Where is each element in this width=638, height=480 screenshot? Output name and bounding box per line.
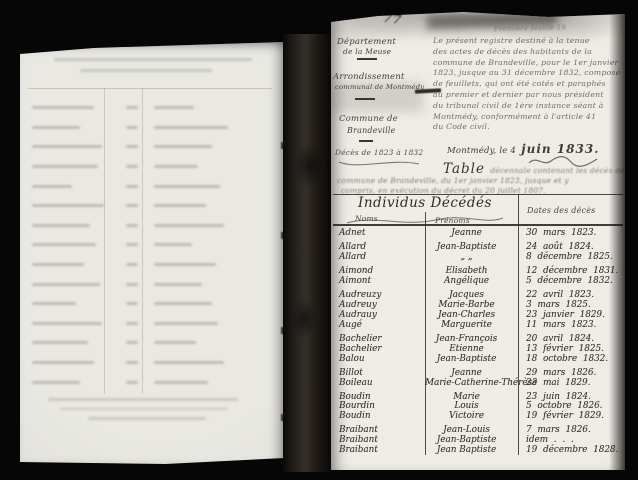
ghost-text-row [28, 98, 278, 118]
cell-prenom: Jean-Louis [425, 425, 518, 435]
ghost-text-stroke [154, 381, 208, 384]
ghost-text-stroke [32, 361, 94, 364]
departement-label: Département [337, 37, 396, 47]
cell-date: 11 mars 1823. [518, 320, 623, 330]
ghost-text-stroke [154, 126, 228, 129]
cell-nom: Bourdin [333, 401, 425, 411]
ghost-text-stroke [126, 145, 138, 148]
cell-nom: Boileau [333, 378, 425, 388]
ghost-text-row [28, 216, 278, 236]
table-note-rest: décennale contenant les décès de la [490, 166, 634, 175]
underline-flourish [337, 158, 421, 170]
ghost-text-stroke [154, 224, 224, 227]
certificate-line: Le présent registre destiné à la tenue [433, 36, 621, 47]
ghost-text-stroke [32, 204, 104, 207]
table-row: AudrauyJean-Charles23 janvier 1829. [333, 310, 623, 320]
cell-date: 18 octobre 1832. [518, 354, 623, 364]
cell-date: 12 décembre 1831. [518, 266, 623, 276]
ghost-text-stroke [154, 165, 198, 168]
cell-prenom: Jeanne [425, 228, 518, 238]
table-row: BillotJeanne29 mars 1826. [333, 368, 623, 378]
ghost-text-stroke [126, 165, 138, 168]
ghost-text-stroke [32, 341, 88, 344]
ghost-text-stroke [32, 106, 94, 109]
table-note-line1: Table décennale contenant les décès de l… [443, 158, 635, 177]
ghost-text-stroke [126, 243, 138, 246]
book-gutter [283, 34, 331, 472]
ghost-text-row [28, 118, 278, 138]
table-title: Individus Décédés [339, 195, 511, 211]
cell-date: 24 août 1824. [518, 242, 623, 252]
cell-date: 29 mars 1826. [518, 368, 623, 378]
ghost-text-row [28, 274, 278, 294]
cell-nom: Audreuzy [333, 290, 425, 300]
cell-nom: Billot [333, 368, 425, 378]
ghost-text-stroke [126, 302, 138, 305]
column-header-dates: Dates des décès [527, 206, 595, 215]
ghost-text-stroke [126, 126, 138, 129]
ghost-text-row [28, 372, 278, 392]
table-row: Allard„ „8 décembre 1825. [333, 252, 623, 262]
ghost-text-stroke [154, 302, 212, 305]
ghost-text-stroke [32, 322, 102, 325]
deaths-rows: AdnetJeanne30 mars 1823.AllardJean-Bapti… [333, 228, 623, 455]
ghost-text-stroke [32, 165, 98, 168]
table-row: BoudinMarie23 juin 1824. [333, 392, 623, 402]
ghost-text-stroke [54, 58, 252, 61]
table-row: BraibantJean-Louis7 mars 1826. [333, 425, 623, 435]
cell-prenom: Jean-Baptiste [425, 435, 518, 445]
cell-date: 30 mars 1823. [518, 228, 623, 238]
cell-date: 3 mars 1825. [518, 300, 623, 310]
margin-dash [359, 140, 373, 142]
cell-nom: Bachelier [333, 334, 425, 344]
ghost-text-stroke [126, 381, 138, 384]
cell-prenom: Marguerite [425, 320, 518, 330]
certificate-line: des actes de décès des habitants de la [433, 47, 621, 58]
cell-nom: Aimont [333, 276, 425, 286]
ghost-text-stroke [126, 283, 138, 286]
cell-prenom: Jacques [425, 290, 518, 300]
commune-label: Commune de [339, 114, 398, 124]
cell-prenom: Marie-Barbe [425, 300, 518, 310]
commune-value: Brandeville [347, 126, 396, 135]
table-row: AudreuzyJacques22 avril 1823. [333, 290, 623, 300]
cell-nom: Adnet [333, 228, 425, 238]
cell-date: 20 avril 1824. [518, 334, 623, 344]
ghost-text-stroke [126, 185, 138, 188]
cell-nom: Audrauy [333, 310, 425, 320]
cell-prenom: Etienne [425, 344, 518, 354]
ghost-text-stroke [32, 185, 72, 188]
ghost-text-stroke [154, 185, 220, 188]
ghost-text-stroke [154, 243, 192, 246]
cell-nom: Allard [333, 242, 425, 252]
ghost-rows [28, 98, 278, 392]
cell-date: 5 décembre 1832. [518, 276, 623, 286]
ghost-text-stroke [154, 361, 224, 364]
ghost-text-stroke [32, 126, 80, 129]
ghost-text-stroke [32, 302, 76, 305]
ghost-text-stroke [154, 341, 196, 344]
table-row: BoileauMarie-Catherine-Thérèse23 mai 182… [333, 378, 623, 388]
table-row: BraibantJean-Baptisteidem . . . [333, 435, 623, 445]
ghost-text-row [28, 235, 278, 255]
cell-nom: Braibant [333, 445, 425, 455]
cell-date: 19 décembre 1828. [518, 445, 623, 455]
cell-nom: Braibant [333, 425, 425, 435]
table-row: BraibantJean Baptiste19 décembre 1828. [333, 445, 623, 455]
table-row: BachelierEtienne13 février 1825. [333, 344, 623, 354]
ghost-table-rule [28, 88, 272, 89]
ghost-text-row [28, 157, 278, 177]
ghost-text-row [28, 255, 278, 275]
ghost-text-stroke [154, 204, 206, 207]
table-row: AdnetJeanne30 mars 1823. [333, 228, 623, 238]
cell-prenom: „ „ [425, 252, 518, 262]
cell-prenom: Jean Baptiste [425, 445, 518, 455]
cell-prenom: Jean-François [425, 334, 518, 344]
ghost-text-row [28, 176, 278, 196]
ghost-text-stroke [154, 106, 194, 109]
ghost-text-stroke [32, 263, 84, 266]
margin-dash [357, 58, 377, 60]
cell-prenom: Jean-Charles [425, 310, 518, 320]
certificate-line: du tribunal civil de 1ère instance séant… [433, 101, 621, 112]
cell-date: 7 mars 1826. [518, 425, 623, 435]
cell-date: 8 décembre 1825. [518, 252, 623, 262]
cell-date: idem . . . [518, 435, 623, 445]
ghost-text-stroke [154, 145, 212, 148]
ghost-text-stroke [154, 263, 216, 266]
cell-date: 23 mai 1829. [518, 378, 623, 388]
ghost-text-stroke [126, 361, 138, 364]
cell-nom: Augé [333, 320, 425, 330]
table-header-rule [333, 224, 623, 226]
folio-scribble: 77 [382, 11, 402, 28]
cell-prenom: Angélique [425, 276, 518, 286]
cell-prenom: Jeanne [425, 368, 518, 378]
cell-nom: Bachelier [333, 344, 425, 354]
ghost-text-stroke [32, 145, 102, 148]
arrondissement-value: communal de Montmédy [335, 83, 424, 91]
table-row: AimondElisabeth12 décembre 1831. [333, 266, 623, 276]
cell-nom: Allard [333, 252, 425, 262]
ghost-text-row [28, 353, 278, 373]
cell-prenom: Jean-Baptiste [425, 354, 518, 364]
cell-nom: Braibant [333, 435, 425, 445]
table-row: AugéMarguerite11 mars 1823. [333, 320, 623, 330]
ghost-text-stroke [32, 243, 96, 246]
cell-date: 5 octobre 1826. [518, 401, 623, 411]
ghost-text-stroke [80, 69, 212, 72]
margin-dash [355, 98, 375, 100]
dateline-prefix: Montmédy, le 4 [447, 146, 516, 156]
ghost-text-row [28, 333, 278, 353]
table-row: BachelierJean-François20 avril 1824. [333, 334, 623, 344]
ghost-text-stroke [154, 283, 202, 286]
ghost-text-stroke [126, 322, 138, 325]
cell-date: 23 janvier 1829. [518, 310, 623, 320]
cell-nom: Boudin [333, 411, 425, 421]
column-header-noms: Noms [355, 214, 378, 223]
cell-prenom: Marie-Catherine-Thérèse [425, 378, 518, 388]
table-row: AimontAngélique5 décembre 1832. [333, 276, 623, 286]
left-page [20, 42, 284, 464]
certificate-line: au premier et dernier par nous président [433, 90, 621, 101]
ghost-text-stroke [126, 106, 138, 109]
table-row: BourdinLouis5 octobre 1826. [333, 401, 623, 411]
cell-nom: Audreuy [333, 300, 425, 310]
cell-prenom: Louis [425, 401, 518, 411]
ghost-text-stroke [126, 204, 138, 207]
ghost-text-stroke [126, 224, 138, 227]
ghost-text-row [28, 294, 278, 314]
cell-prenom: Victoire [425, 411, 518, 421]
cell-date: 13 février 1825. [518, 344, 623, 354]
ghost-text-stroke [154, 322, 218, 325]
table-note-line2: commune de Brandeville, du 1er janvier 1… [337, 176, 623, 185]
cell-nom: Balou [333, 354, 425, 364]
table-row: AudreuyMarie-Barbe3 mars 1825. [333, 300, 623, 310]
period-note: Décès de 1823 à 1832 [335, 148, 423, 157]
cell-nom: Aimond [333, 266, 425, 276]
ghost-text-stroke [32, 381, 80, 384]
certificate-line: du Code civil. [433, 122, 621, 133]
arrondissement-label: Arrondissement [333, 72, 405, 82]
ghost-text-row [28, 196, 278, 216]
ghost-text-stroke [32, 283, 100, 286]
table-row: AllardJean-Baptiste24 août 1824. [333, 242, 623, 252]
ghost-paragraph [48, 398, 260, 427]
table-row: BalouJean-Baptiste18 octobre 1832. [333, 354, 623, 364]
scanned-register-spread: Première feuille 19 77 Département de la… [0, 0, 638, 480]
cell-date: 19 février 1829. [518, 411, 623, 421]
certificate-line: 1823, jusque au 31 décembre 1832, compos… [433, 68, 621, 79]
ghost-text-stroke [126, 341, 138, 344]
cell-date: 22 avril 1823. [518, 290, 623, 300]
table-row: BoudinVictoire19 février 1829. [333, 411, 623, 421]
ghost-text-stroke [126, 263, 138, 266]
certificate-line: de feuillets, qui ont été cotés et parap… [433, 79, 621, 90]
ghost-text-row [28, 137, 278, 157]
table-note-lead: Table [443, 161, 485, 177]
ghost-text-row [28, 314, 278, 334]
cell-prenom: Jean-Baptiste [425, 242, 518, 252]
certificate-line: commune de Brandeville, pour le 1er janv… [433, 58, 621, 69]
certificate-paragraph: Le présent registre destiné à la tenue d… [433, 36, 621, 133]
folio-note: Première feuille 19 [494, 23, 604, 33]
cell-prenom: Elisabeth [425, 266, 518, 276]
certificate-line: Montmédy, conformément à l'article 41 [433, 112, 621, 123]
ghost-text-stroke [32, 224, 90, 227]
departement-value: de la Meuse [343, 47, 391, 56]
right-page: Première feuille 19 77 Département de la… [331, 12, 625, 470]
